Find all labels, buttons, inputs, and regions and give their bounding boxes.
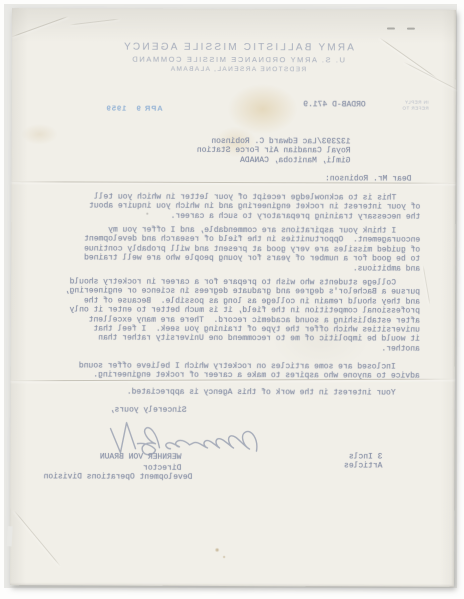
paragraph-3: College students who wish to prepare for…: [65, 277, 421, 353]
reference-number: ORDAB-D 471.9: [303, 100, 365, 110]
paragraph-1: This is to acknowledge receipt of your l…: [89, 192, 420, 221]
in-reply-refer-to-label: IN REPLY REFER TO: [402, 100, 429, 111]
paragraph-2: I think your aspirations are commendable…: [84, 225, 420, 273]
date-stamp: APR 9 1959: [106, 104, 163, 113]
enclosure-note: 3 Incls Articles: [344, 452, 382, 471]
staple-mark-left: [387, 28, 395, 30]
staple-mark-right: [407, 28, 415, 30]
signature-division: Development Operations Division: [44, 472, 193, 482]
scanned-letter-image: ARMY BALLISTIC MISSILE AGENCY U. S. ARMY…: [0, 0, 464, 599]
paragraph-5: Your interest in the work of this Agency…: [127, 388, 420, 398]
signature-name: WERNHER VON BRAUN: [100, 453, 182, 463]
recipient-address: 132393/Lac Edward C. Robinson Royal Cana…: [197, 137, 351, 166]
letterhead-location: REDSTONE ARSENAL, ALABAMA: [20, 64, 456, 75]
letter-content-mirrored: ARMY BALLISTIC MISSILE AGENCY U. S. ARMY…: [10, 8, 456, 587]
letter-paper: ARMY BALLISTIC MISSILE AGENCY U. S. ARMY…: [10, 8, 456, 587]
